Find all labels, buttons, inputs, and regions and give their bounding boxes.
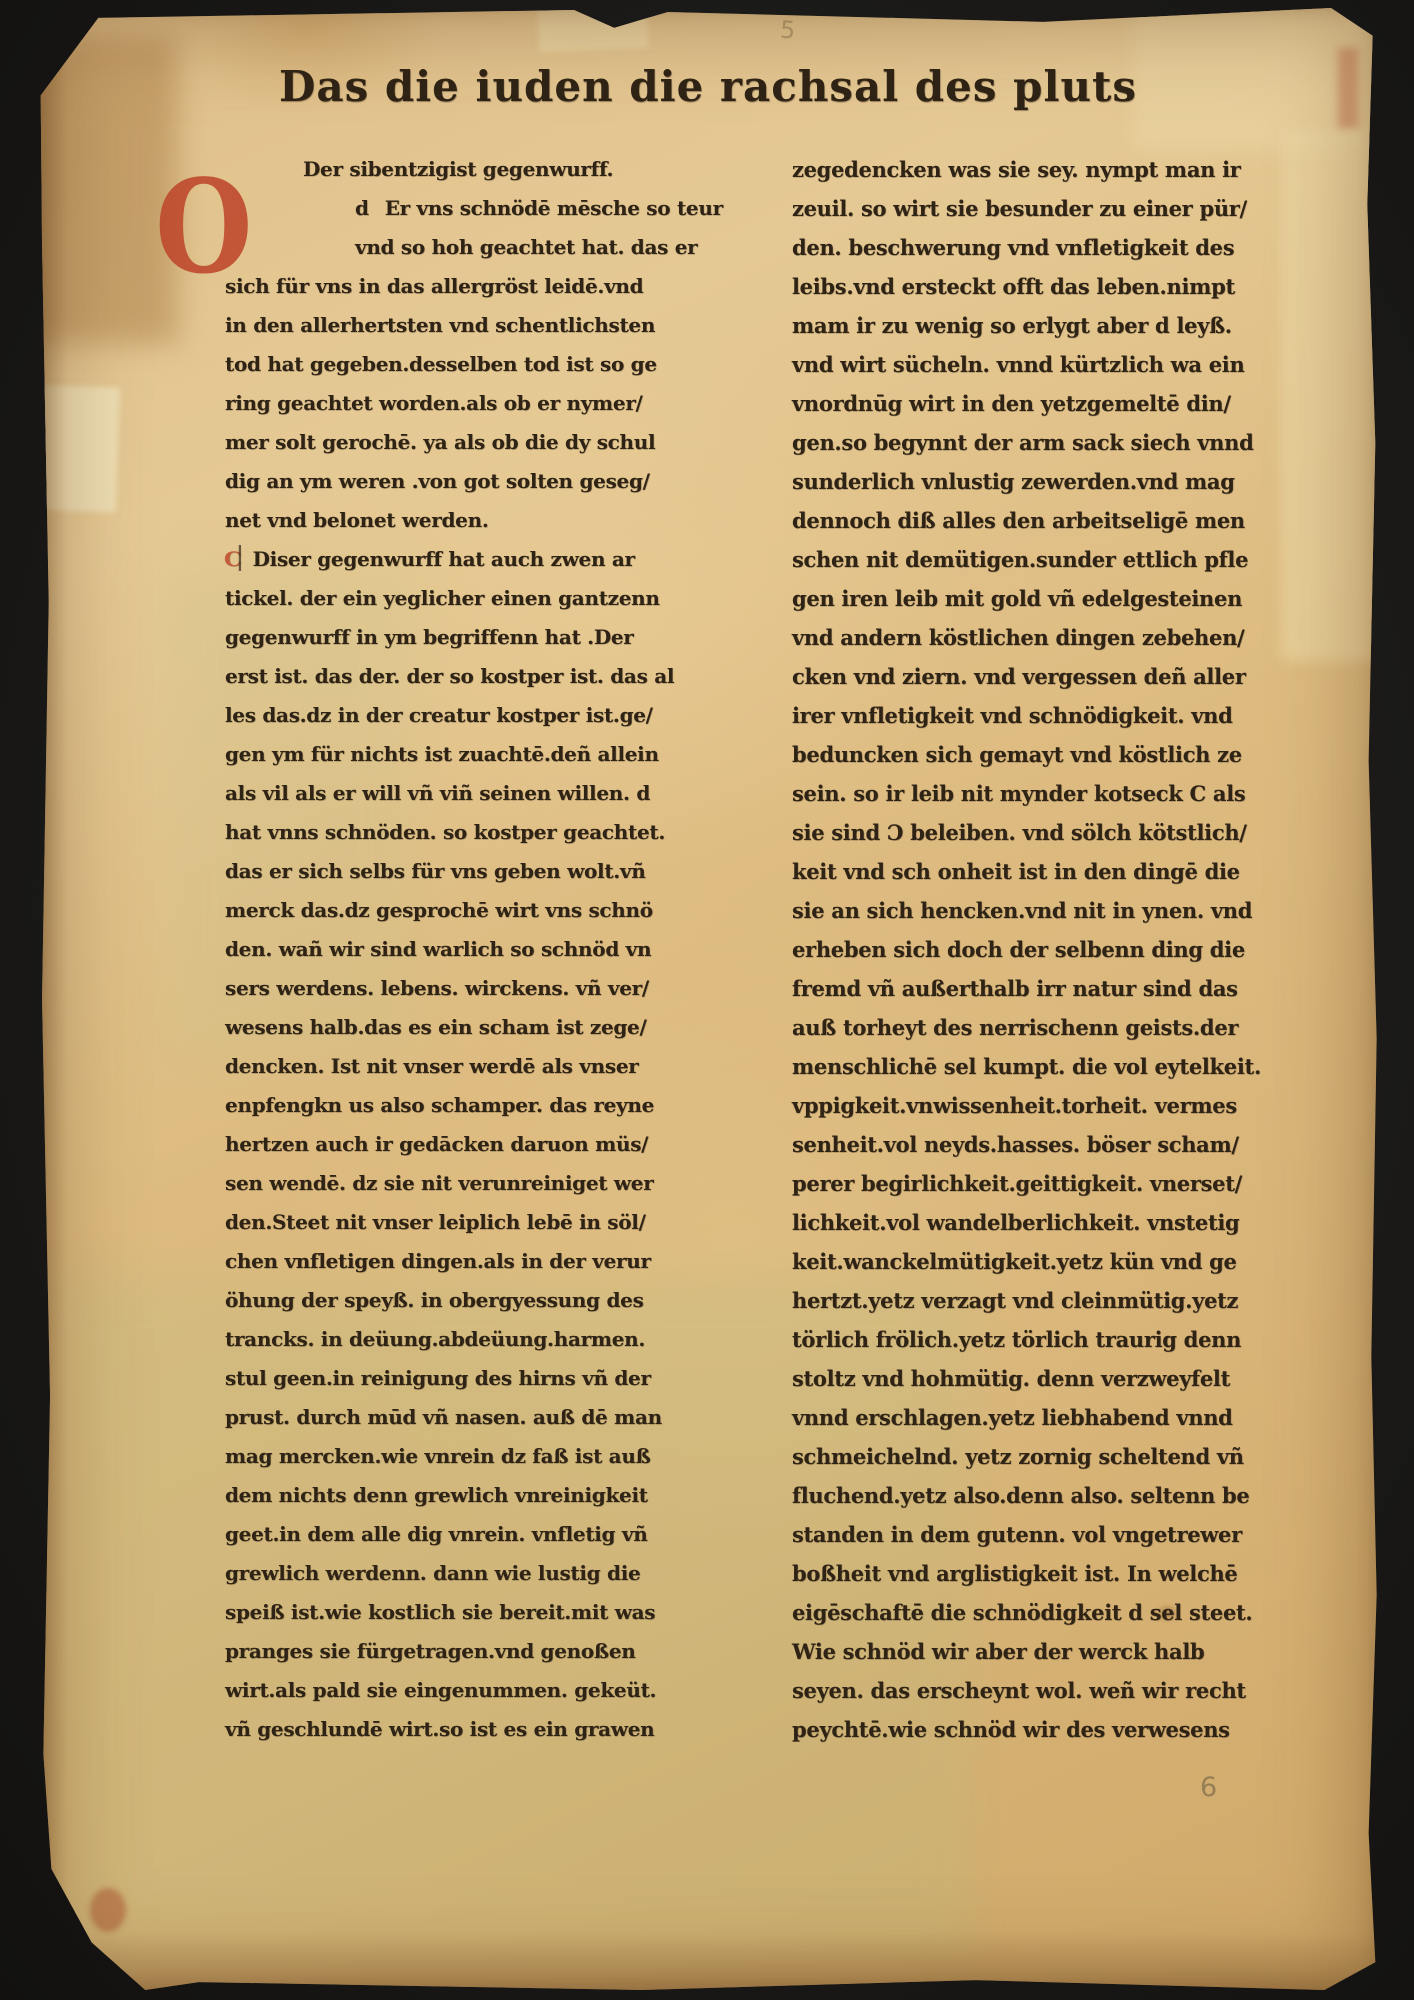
text-line: tod hat gegeben.desselben tod ist so ge [225, 345, 675, 384]
text-line: tickel. der ein yeglicher einen gantzenn [225, 579, 675, 618]
tape-residue-left [30, 385, 120, 513]
text-line: menschlichē sel kumpt. die vol eytelkeit… [792, 1047, 1287, 1086]
text-line: fluchend.yetz also.denn also. seltenn be [792, 1476, 1287, 1515]
text-line: vñ geschlundē wirt.so ist es ein grawen [225, 1710, 675, 1749]
text-line: net vnd belonet werden. [225, 501, 675, 540]
text-line: vnd wirt sücheln. vnnd kürtzlich wa ein [792, 345, 1287, 384]
text-line: sen wendē. dz sie nit verunreiniget wer [225, 1164, 675, 1203]
text-line: prust. durch mūd vñ nasen. auß dē man [225, 1398, 675, 1437]
text-line: öhung der speyß. in obergyessung des [225, 1281, 675, 1320]
text-line: CDiser gegenwurff hat auch zwen ar [225, 540, 675, 579]
text-line: vnd so hoh geachtet hat. das er [225, 228, 675, 267]
text-line: les das.dz in der creatur kostper ist.ge… [225, 696, 675, 735]
text-line: schen nit demütigen.sunder ettlich pfle [792, 540, 1287, 579]
text-line: ring geachtet worden.als ob er nymer/ [225, 384, 675, 423]
text-line: zeuil. so wirt sie besunder zu einer pür… [792, 189, 1287, 228]
repair-strip-right [1280, 131, 1380, 661]
text-line: chen vnfletigen dingen.als in der verur [225, 1242, 675, 1281]
text-line: hat vnns schnöden. so kostper geachtet. [225, 813, 675, 852]
edge-darkening-bottom [38, 1932, 1378, 1992]
text-line: sich für vns in das allergröst leidē.vnd [225, 267, 675, 306]
text-line: dennoch diß alles den arbeitseligē men [792, 501, 1287, 540]
text-line-fragment: Diser gegenwurff hat auch zwen ar [253, 547, 635, 571]
text-line: pranges sie fürgetragen.vnd genoßen [225, 1632, 675, 1671]
tape-residue-top [537, 4, 648, 52]
text-line: peychtē.wie schnöd wir des verwesens [792, 1710, 1287, 1749]
text-line: gegenwurff in ym begriffenn hat .Der [225, 618, 675, 657]
text-line: törlich frölich.yetz törlich traurig den… [792, 1320, 1287, 1359]
stain-spot-bottom-left [90, 1888, 126, 1932]
text-line: dencken. Ist nit vnser werdē als vnser [225, 1047, 675, 1086]
text-line: den. beschwerung vnd vnfletigkeit des [792, 228, 1287, 267]
text-line: merck das.dz gesprochē wirt vns schnö [225, 891, 675, 930]
pencil-mark-bottom: 6 [1200, 1772, 1217, 1803]
text-line: vnnd erschlagen.yetz liebhabend vnnd [792, 1398, 1287, 1437]
text-line: seyen. das erscheynt wol. weñ wir recht [792, 1671, 1287, 1710]
text-line: sein. so ir leib nit mynder kotseck C al… [792, 774, 1287, 813]
text-line: boßheit vnd arglistigkeit ist. In welchē [792, 1554, 1287, 1593]
text-line: dEr vns schnödē mēsche so teur [225, 189, 675, 228]
text-line: hertzt.yetz verzagt vnd cleinmütig.yetz [792, 1281, 1287, 1320]
text-line: vppigkeit.vnwissenheit.torheit. vermes [792, 1086, 1287, 1125]
text-line: zegedencken was sie sey. nympt man ir [792, 150, 1287, 189]
text-line: irer vnfletigkeit vnd schnödigkeit. vnd [792, 696, 1287, 735]
text-line: erheben sich doch der selbenn ding die [792, 930, 1287, 969]
text-line: Der sibentzigist gegenwurff. [225, 150, 675, 189]
text-line: geet.in dem alle dig vnrein. vnfletig vñ [225, 1515, 675, 1554]
text-line: beduncken sich gemayt vnd köstlich ze [792, 735, 1287, 774]
text-line: stul geen.in reinigung des hirns vñ der [225, 1359, 675, 1398]
text-line: schmeichelnd. yetz zornig scheltend vñ [792, 1437, 1287, 1476]
text-line: auß torheyt des nerrischenn geists.der [792, 1008, 1287, 1047]
rubricated-initial: O [155, 164, 252, 293]
text-line: trancks. in deüung.abdeüung.harmen. [225, 1320, 675, 1359]
photo-background: Das die iuden die rachsal des pluts O De… [0, 0, 1414, 2000]
text-line: den.Steet nit vnser leiplich lebē in söl… [225, 1203, 675, 1242]
text-line: Wie schnöd wir aber der werck halb [792, 1632, 1287, 1671]
text-line: sers werdens. lebens. wirckens. vñ ver/ [225, 969, 675, 1008]
pencil-mark-top: 5 [779, 16, 796, 45]
text-line: keit vnd sch onheit ist in den dingē die [792, 852, 1287, 891]
text-line: perer begirlichkeit.geittigkeit. vnerset… [792, 1164, 1287, 1203]
text-line: sunderlich vnlustig zewerden.vnd mag [792, 462, 1287, 501]
text-line: sie sind Ɔ beleiben. vnd sölch kötstlich… [792, 813, 1287, 852]
text-line: keit.wanckelmütigkeit.yetz kün vnd ge [792, 1242, 1287, 1281]
text-line: senheit.vol neyds.hasses. böser scham/ [792, 1125, 1287, 1164]
text-line: cken vnd ziern. vnd vergessen deñ aller [792, 657, 1287, 696]
text-line: gen.so begynnt der arm sack siech vnnd [792, 423, 1287, 462]
text-line: lichkeit.vol wandelberlichkeit. vnstetig [792, 1203, 1287, 1242]
text-line: dem nichts denn grewlich vnreinigkeit [225, 1476, 675, 1515]
text-line: hertzen auch ir gedācken daruon müs/ [225, 1125, 675, 1164]
text-column-left: O Der sibentzigist gegenwurff.dEr vns sc… [225, 150, 675, 1749]
text-line: gen iren leib mit gold vñ edelgesteinen [792, 579, 1287, 618]
manuscript-page: Das die iuden die rachsal des pluts O De… [38, 6, 1378, 1992]
text-line: vnordnūg wirt in den yetzgemeltē din/ [792, 384, 1287, 423]
text-line-fragment: Er vns schnödē mēsche so teur [385, 196, 723, 220]
text-column-right: zegedencken was sie sey. nympt man irzeu… [792, 150, 1287, 1749]
text-line: wirt.als pald sie eingenummen. gekeüt. [225, 1671, 675, 1710]
guide-letter: d [355, 196, 369, 220]
text-line: in den allerhertsten vnd schentlichsten [225, 306, 675, 345]
text-line: standen in dem gutenn. vol vngetrewer [792, 1515, 1287, 1554]
text-line: mam ir zu wenig so erlygt aber d leyß. [792, 306, 1287, 345]
text-line: wesens halb.das es ein scham ist zege/ [225, 1008, 675, 1047]
text-line: dig an ym weren .von got solten geseg/ [225, 462, 675, 501]
text-line: grewlich werdenn. dann wie lustig die [225, 1554, 675, 1593]
text-line: enpfengkn us also schamper. das reyne [225, 1086, 675, 1125]
text-line: fremd vñ außerthalb irr natur sind das [792, 969, 1287, 1008]
text-line: sie an sich hencken.vnd nit in ynen. vnd [792, 891, 1287, 930]
text-line: eigēschaftē die schnödigkeit d sel steet… [792, 1593, 1287, 1632]
text-line: gen ym für nichts ist zuachtē.deñ allein [225, 735, 675, 774]
text-line: mag mercken.wie vnrein dz faß ist auß [225, 1437, 675, 1476]
text-line: das er sich selbs für vns geben wolt.vñ [225, 852, 675, 891]
page-title: Das die iuden die rachsal des pluts [38, 62, 1378, 111]
text-line: leibs.vnd ersteckt offt das leben.nimpt [792, 267, 1287, 306]
text-line: als vil als er will vñ viñ seinen willen… [225, 774, 675, 813]
text-line: den. wañ wir sind warlich so schnöd vn [225, 930, 675, 969]
text-line: vnd andern köstlichen dingen zebehen/ [792, 618, 1287, 657]
paragraph-mark-icon: C [224, 540, 242, 579]
text-line: speiß ist.wie kostlich sie bereit.mit wa… [225, 1593, 675, 1632]
text-line: stoltz vnd hohmütig. denn verzweyfelt [792, 1359, 1287, 1398]
edge-darkening-left [38, 6, 68, 1992]
text-line: mer solt gerochē. ya als ob die dy schul [225, 423, 675, 462]
text-line: erst ist. das der. der so kostper ist. d… [225, 657, 675, 696]
